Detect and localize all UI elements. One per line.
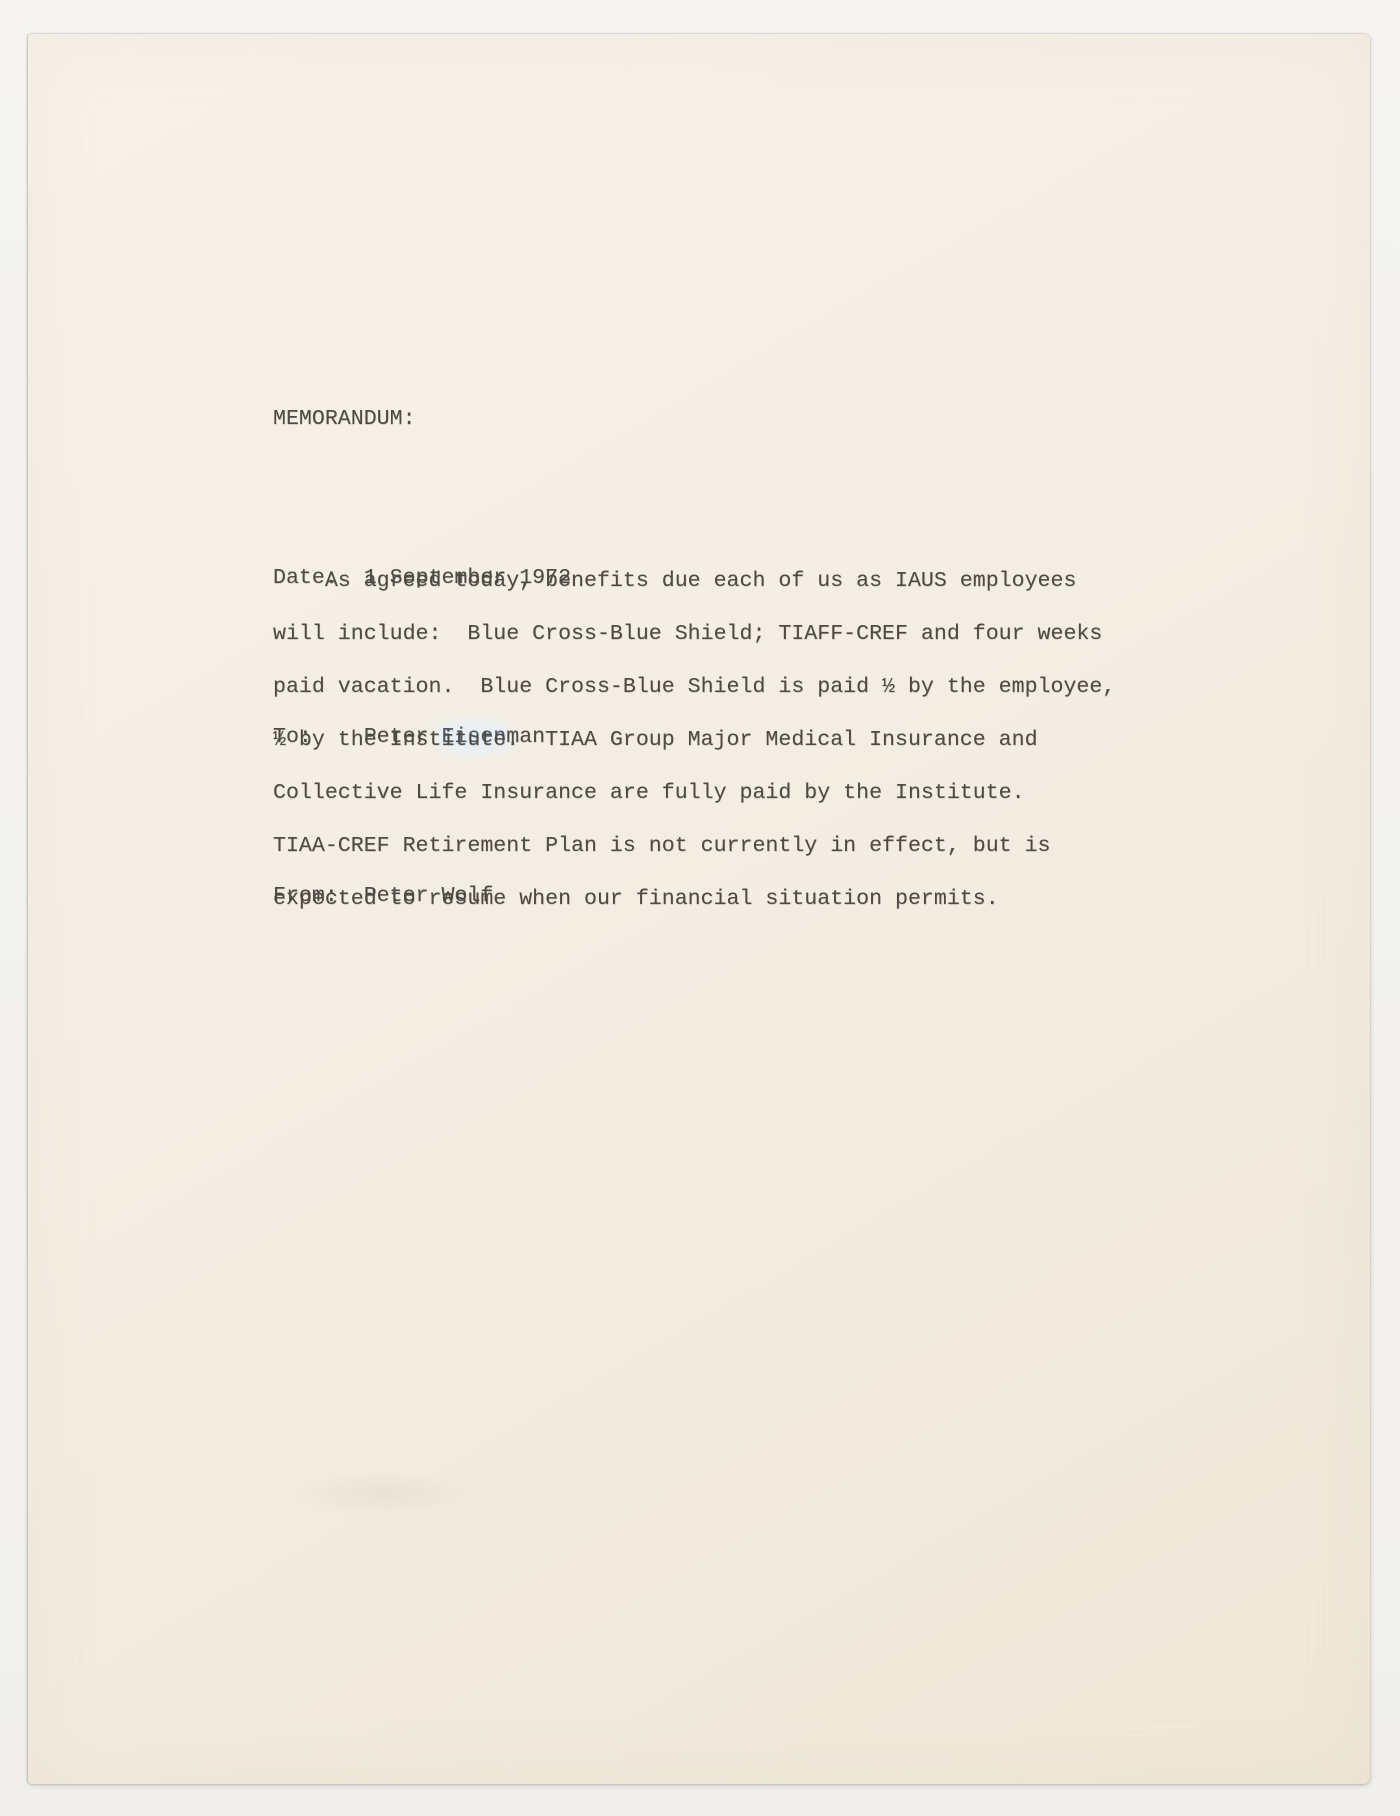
memo-page: MEMORANDUM: Date: 1 September 1972 To: P… bbox=[28, 34, 1370, 1784]
memo-body-line: As agreed today, benefits due each of us… bbox=[273, 555, 1115, 608]
memo-title: MEMORANDUM: bbox=[273, 393, 571, 446]
memo-body-line: ½ by the Institute. TIAA Group Major Med… bbox=[273, 714, 1115, 767]
memo-body-line: paid vacation. Blue Cross-Blue Shield is… bbox=[273, 661, 1115, 714]
memo-body-line: TIAA-CREF Retirement Plan is not current… bbox=[273, 820, 1115, 873]
memo-body: As agreed today, benefits due each of us… bbox=[273, 555, 1115, 926]
memo-body-line: Collective Life Insurance are fully paid… bbox=[273, 767, 1115, 820]
memo-body-line: will include: Blue Cross-Blue Shield; TI… bbox=[273, 608, 1115, 661]
paper-smudge bbox=[296, 1472, 476, 1516]
scanner-background: MEMORANDUM: Date: 1 September 1972 To: P… bbox=[0, 0, 1400, 1816]
memo-body-line: expected to resume when our financial si… bbox=[273, 873, 1115, 926]
